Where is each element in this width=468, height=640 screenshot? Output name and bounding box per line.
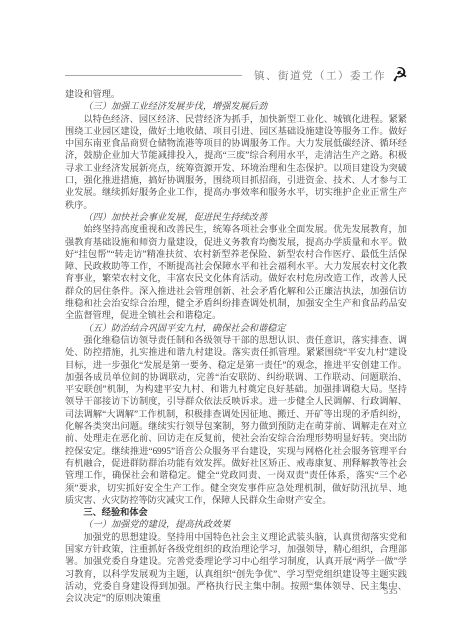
body-paragraph: 加强党的思想建设。坚持用中国特色社会主义理论武装头脑，认真贯彻落实党和国家方针政… [65, 531, 407, 605]
document-page: 镇、街道党（工）委工作 ☭ 建设和管理。 （三）加强工业经济发展步伐，增强发展后… [0, 0, 468, 640]
chapter-heading: 三、经验和体会 [65, 506, 407, 518]
section-heading-4: （四）加快社会事业发展，促进民生持续改善 [65, 211, 407, 223]
page-body: 建设和管理。 （三）加强工业经济发展步伐，增强发展后劲 以特色经济、园区经济、民… [65, 88, 407, 604]
section-heading-5: （五）防治结合巩固平安九村，确保社会和谐稳定 [65, 322, 407, 334]
running-header: 镇、街道党（工）委工作 ☭ [65, 66, 408, 84]
page-number: 535 [384, 586, 398, 596]
header-rule [65, 75, 242, 76]
section-heading-1: （一）加强党的建设，提高执政效果 [65, 518, 407, 530]
body-paragraph: 强化维稳信访领导责任制和各级领导干部的思想认识、责任意识，落实排查、调处、防控措… [65, 334, 407, 506]
body-paragraph-continuation: 建设和管理。 [65, 88, 407, 100]
party-emblem-icon: ☭ [390, 65, 409, 85]
running-header-title: 镇、街道党（工）委工作 [254, 68, 386, 83]
body-paragraph: 以特色经济、园区经济、民营经济为抓手，加快新型工业化、城镇化进程。紧紧围绕工业园… [65, 113, 407, 211]
body-paragraph: 始终坚持高度重视和改善民生，统筹各项社会事业全面发展。优先发展教育，加强教育基础… [65, 223, 407, 321]
section-heading-3: （三）加强工业经济发展步伐，增强发展后劲 [65, 100, 407, 112]
